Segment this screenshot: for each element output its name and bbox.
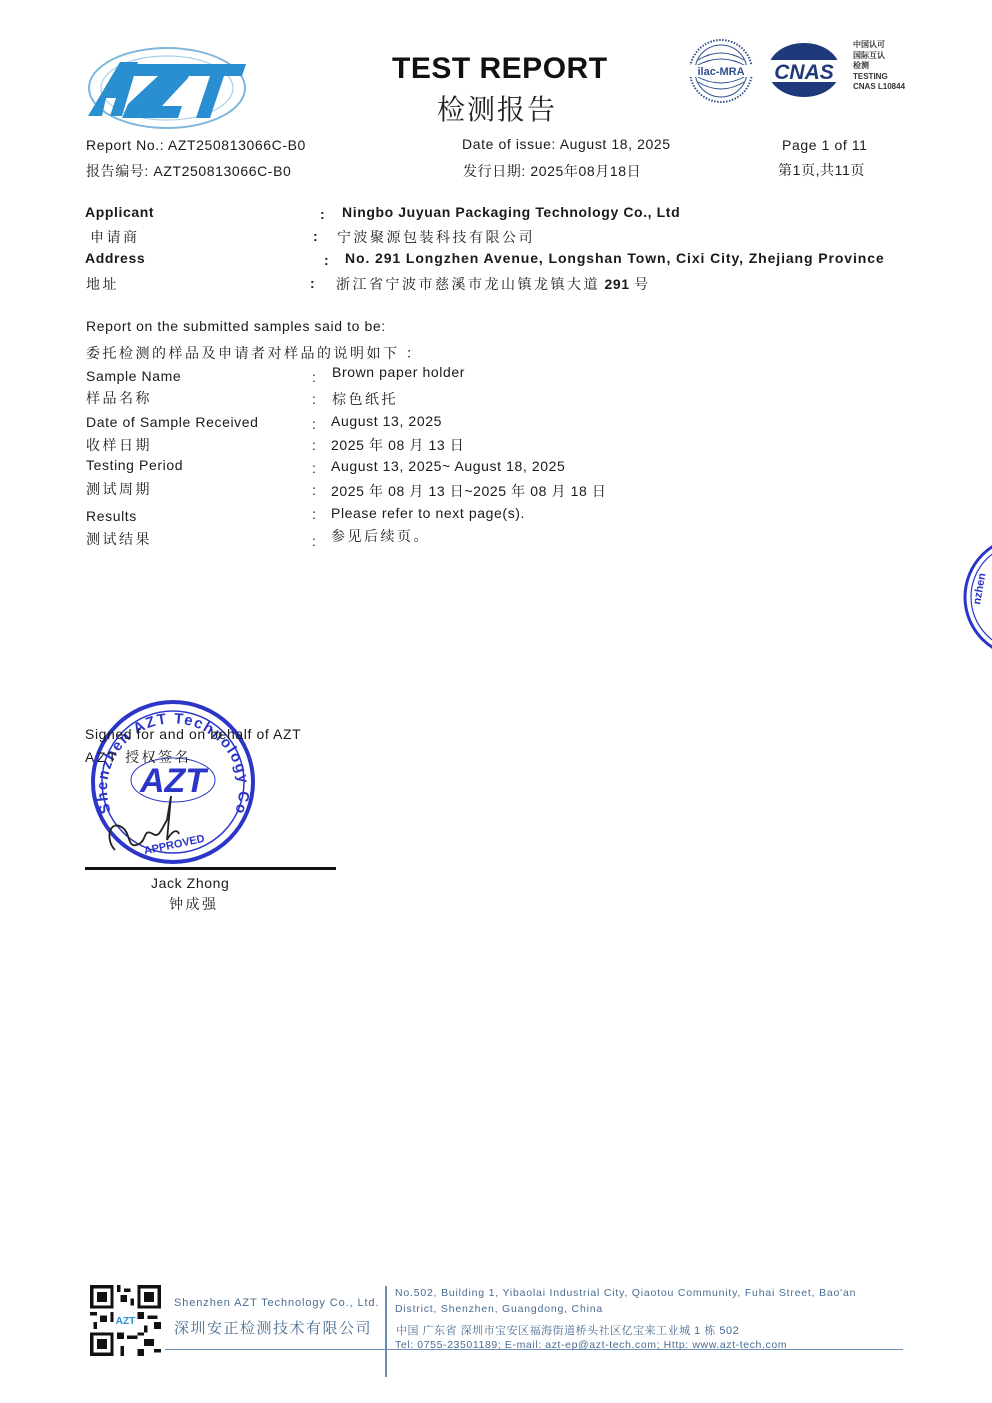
- cnas-logo: CNAS: [764, 40, 844, 100]
- colon: :: [312, 482, 317, 498]
- address-colon-cn: :: [310, 275, 315, 291]
- applicant-colon: :: [320, 206, 325, 222]
- signature-line: [85, 867, 336, 870]
- testing-period-value: August 13, 2025~ August 18, 2025: [331, 458, 565, 474]
- samples-intro-cn: 委托检测的样品及申请者对样品的说明如下 ：: [86, 343, 422, 363]
- sample-name-value-cn: 棕色纸托: [332, 389, 398, 409]
- address-value-cn: 浙江省宁波市慈溪市龙山镇龙镇大道 291 号: [336, 274, 649, 294]
- edge-seal-stamp: nzhen: [960, 535, 992, 660]
- cnas-line: 检测: [853, 61, 923, 72]
- address-cn-number: 291: [605, 276, 630, 292]
- applicant-label-cn: 申请商: [90, 227, 140, 247]
- colon: :: [312, 460, 317, 476]
- footer-address-line-1: No.502, Building 1, Yibaolai Industrial …: [395, 1287, 856, 1299]
- applicant-value: Ningbo Juyuan Packaging Technology Co., …: [342, 204, 680, 220]
- results-label: Results: [86, 508, 137, 524]
- report-number-cn: 报告编号: AZT250813066C-B0: [86, 161, 291, 181]
- testing-period-label: Testing Period: [86, 457, 183, 473]
- date-of-issue-cn: 发行日期: 2025年08月18日: [463, 161, 641, 181]
- cnas-line: TESTING: [853, 72, 923, 83]
- svg-text:nzhen: nzhen: [971, 572, 988, 606]
- footer-address-line-2: District, Shenzhen, Guangdong, China: [395, 1303, 603, 1315]
- address-label-cn: 地址: [86, 274, 119, 294]
- address-colon: :: [324, 252, 329, 268]
- colon: :: [312, 506, 317, 522]
- report-title-cn: 检测报告: [437, 88, 557, 128]
- sample-name-label-cn: 样品名称: [86, 388, 152, 408]
- date-received-label-cn: 收样日期: [86, 435, 152, 455]
- applicant-colon-cn: :: [313, 228, 318, 244]
- cnas-line: 国际互认: [853, 51, 923, 62]
- date-of-issue: Date of issue: August 18, 2025: [462, 136, 671, 152]
- applicant-label: Applicant: [85, 204, 154, 220]
- svg-text:AZT: AZT: [116, 1316, 136, 1327]
- colon: :: [312, 416, 317, 432]
- ilac-mra-logo: ilac-MRA: [686, 38, 756, 104]
- cnas-accreditation-text: 中国认可 国际互认 检测 TESTING CNAS L10844: [853, 40, 923, 93]
- svg-text:CNAS: CNAS: [774, 61, 834, 84]
- signer-name: Jack Zhong: [151, 875, 229, 891]
- cnas-line: 中国认可: [853, 40, 923, 51]
- colon: :: [312, 391, 317, 407]
- results-value: Please refer to next page(s).: [331, 505, 525, 521]
- date-received-label: Date of Sample Received: [86, 414, 259, 430]
- applicant-value-cn: 宁波聚源包装科技有限公司: [337, 227, 535, 247]
- footer-contact: Tel: 0755-23501189; E-mail: azt-ep@azt-t…: [395, 1339, 787, 1351]
- page-number: Page 1 of 11: [782, 137, 868, 153]
- page-number-cn: 第1页,共11页: [778, 160, 865, 180]
- results-label-cn: 测试结果: [86, 529, 152, 549]
- sample-name-value: Brown paper holder: [332, 364, 465, 380]
- footer-company-name: Shenzhen AZT Technology Co., Ltd.: [174, 1297, 379, 1309]
- footer-address-cn: 中国 广东省 深圳市宝安区福海街道桥头社区亿宝来工业城 1 栋 502: [396, 1322, 739, 1338]
- svg-text:AZT: AZT: [139, 762, 209, 800]
- report-number: Report No.: AZT250813066C-B0: [86, 137, 306, 153]
- cnas-line: CNAS L10844: [853, 82, 923, 93]
- colon: :: [312, 533, 317, 549]
- footer-company-name-cn: 深圳安正检测技术有限公司: [174, 1317, 372, 1338]
- report-title: TEST REPORT: [392, 52, 608, 86]
- address-cn-text: 浙江省宁波市慈溪市龙山镇龙镇大道: [336, 276, 600, 292]
- testing-period-label-cn: 测试周期: [86, 479, 152, 499]
- address-cn-suffix: 号: [634, 276, 649, 292]
- address-value: No. 291 Longzhen Avenue, Longshan Town, …: [345, 250, 885, 266]
- samples-intro: Report on the submitted samples said to …: [86, 318, 386, 334]
- date-received-value: August 13, 2025: [331, 413, 442, 429]
- address-label: Address: [85, 250, 145, 266]
- results-value-cn: 参见后续页。: [331, 526, 430, 546]
- colon: :: [312, 437, 317, 453]
- svg-text:ilac-MRA: ilac-MRA: [697, 66, 744, 78]
- colon: :: [312, 369, 317, 385]
- qr-code-icon[interactable]: AZT: [90, 1285, 161, 1356]
- footer-divider-vertical: [385, 1286, 387, 1377]
- testing-period-value-cn: 2025 年 08 月 13 日~2025 年 08 月 18 日: [331, 481, 606, 501]
- signed-on-behalf: Signed for and on behalf of AZT: [85, 726, 301, 742]
- date-received-value-cn: 2025 年 08 月 13 日: [331, 435, 464, 455]
- signed-on-behalf-cn: AZT 授权签名: [85, 747, 191, 767]
- signer-name-cn: 钟成强: [169, 894, 219, 914]
- sample-name-label: Sample Name: [86, 368, 181, 384]
- azt-logo: [82, 40, 252, 136]
